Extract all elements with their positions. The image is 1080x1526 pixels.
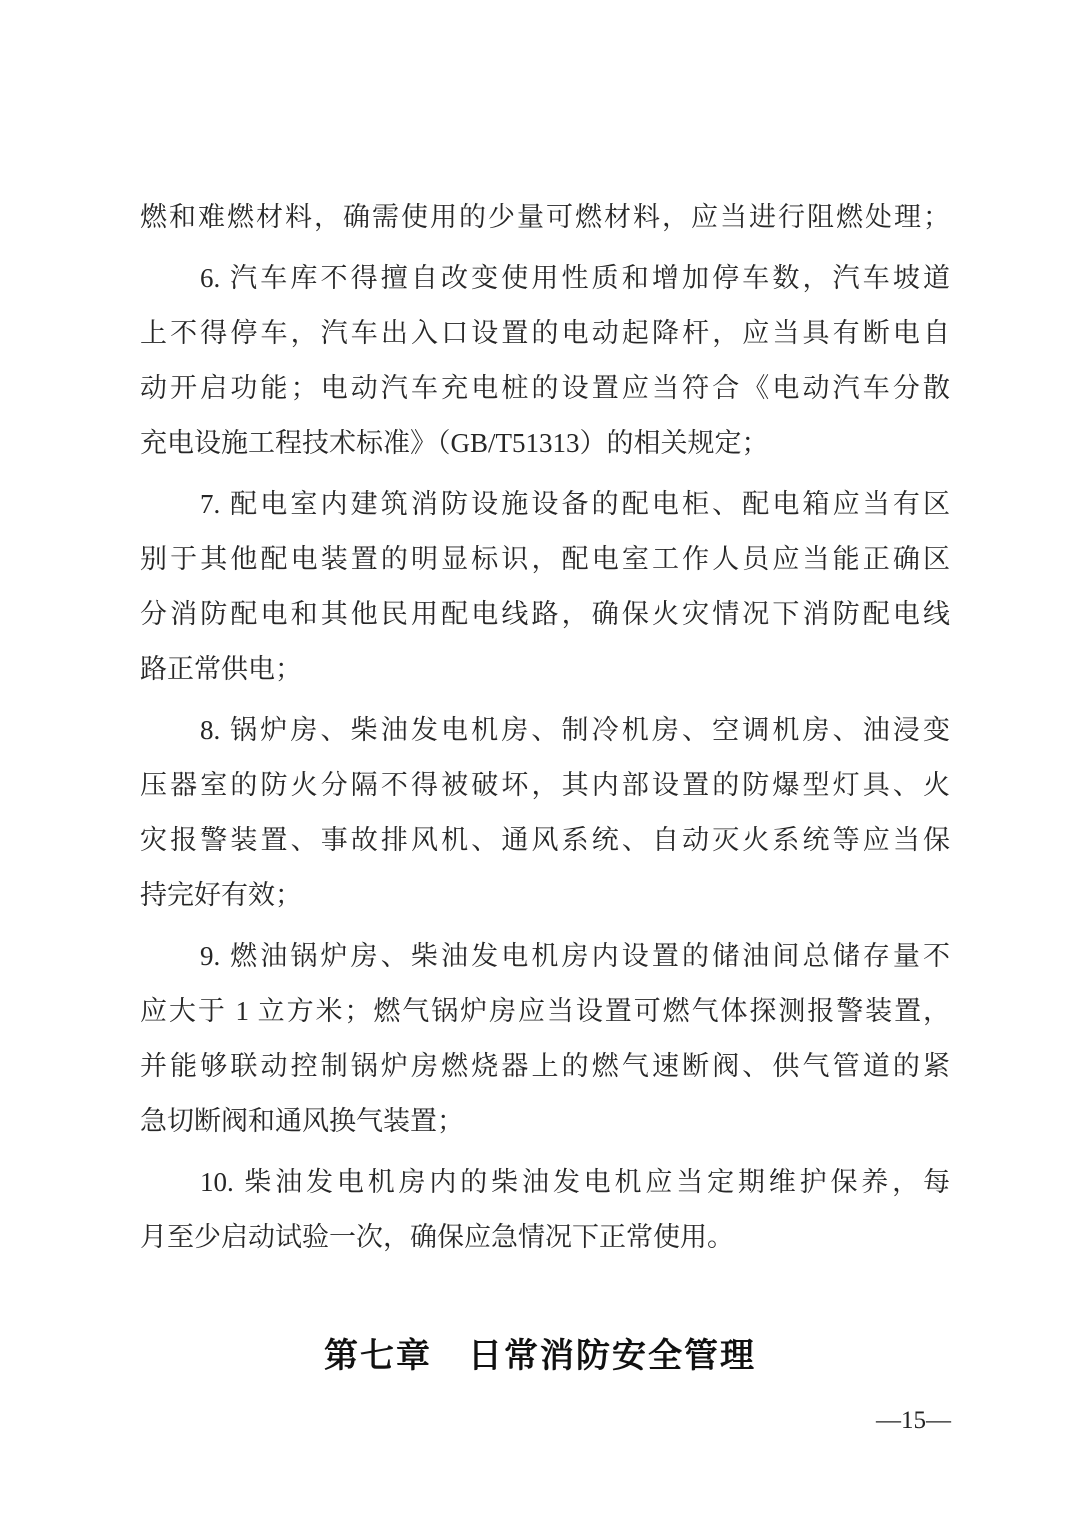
text-line: 9. 燃油锅炉房、柴油发电机房内设置的储油间总储存量不: [140, 929, 950, 984]
item-8: 8. 锅炉房、柴油发电机房、制冷机房、空调机房、油浸变压器室的防火分隔不得被破坏…: [140, 703, 950, 923]
text-line: 别于其他配电装置的明显标识，配电室工作人员应当能正确区: [140, 532, 950, 587]
text-line: 压器室的防火分隔不得被破坏，其内部设置的防爆型灯具、火: [140, 758, 950, 813]
item-6: 6. 汽车库不得擅自改变使用性质和增加停车数，汽车坡道上不得停车，汽车出入口设置…: [140, 251, 950, 471]
text-line: 并能够联动控制锅炉房燃烧器上的燃气速断阀、供气管道的紧: [140, 1039, 950, 1094]
chapter-heading: 第七章 日常消防安全管理: [0, 1328, 1080, 1377]
text-line: 动开启功能；电动汽车充电桩的设置应当符合《电动汽车分散: [140, 361, 950, 416]
text-line: 充电设施工程技术标准》（GB/T51313）的相关规定；: [140, 416, 950, 471]
text-line: 燃和难燃材料，确需使用的少量可燃材料，应当进行阻燃处理；: [140, 190, 950, 245]
text-line: 路正常供电；: [140, 642, 950, 697]
text-line: 急切断阀和通风换气装置；: [140, 1094, 950, 1149]
text-line: 分消防配电和其他民用配电线路，确保火灾情况下消防配电线: [140, 587, 950, 642]
text-line: 持完好有效；: [140, 868, 950, 923]
text-line: 月至少启动试验一次，确保应急情况下正常使用。: [140, 1210, 950, 1265]
item-10: 10. 柴油发电机房内的柴油发电机应当定期维护保养，每月至少启动试验一次，确保应…: [140, 1155, 950, 1265]
text-line: 6. 汽车库不得擅自改变使用性质和增加停车数，汽车坡道: [140, 251, 950, 306]
text-line: 应大于 1 立方米；燃气锅炉房应当设置可燃气体探测报警装置，: [140, 984, 950, 1039]
item-5-continuation: 燃和难燃材料，确需使用的少量可燃材料，应当进行阻燃处理；: [140, 190, 950, 245]
item-7: 7. 配电室内建筑消防设施设备的配电柜、配电箱应当有区别于其他配电装置的明显标识…: [140, 477, 950, 697]
item-9: 9. 燃油锅炉房、柴油发电机房内设置的储油间总储存量不应大于 1 立方米；燃气锅…: [140, 929, 950, 1149]
text-line: 10. 柴油发电机房内的柴油发电机应当定期维护保养，每: [140, 1155, 950, 1210]
document-body: 燃和难燃材料，确需使用的少量可燃材料，应当进行阻燃处理；6. 汽车库不得擅自改变…: [140, 190, 950, 1271]
document-page: 燃和难燃材料，确需使用的少量可燃材料，应当进行阻燃处理；6. 汽车库不得擅自改变…: [0, 0, 1080, 1526]
text-line: 8. 锅炉房、柴油发电机房、制冷机房、空调机房、油浸变: [140, 703, 950, 758]
page-number: —15—: [876, 1406, 951, 1436]
text-line: 上不得停车，汽车出入口设置的电动起降杆，应当具有断电自: [140, 306, 950, 361]
text-line: 灾报警装置、事故排风机、通风系统、自动灭火系统等应当保: [140, 813, 950, 868]
text-line: 7. 配电室内建筑消防设施设备的配电柜、配电箱应当有区: [140, 477, 950, 532]
